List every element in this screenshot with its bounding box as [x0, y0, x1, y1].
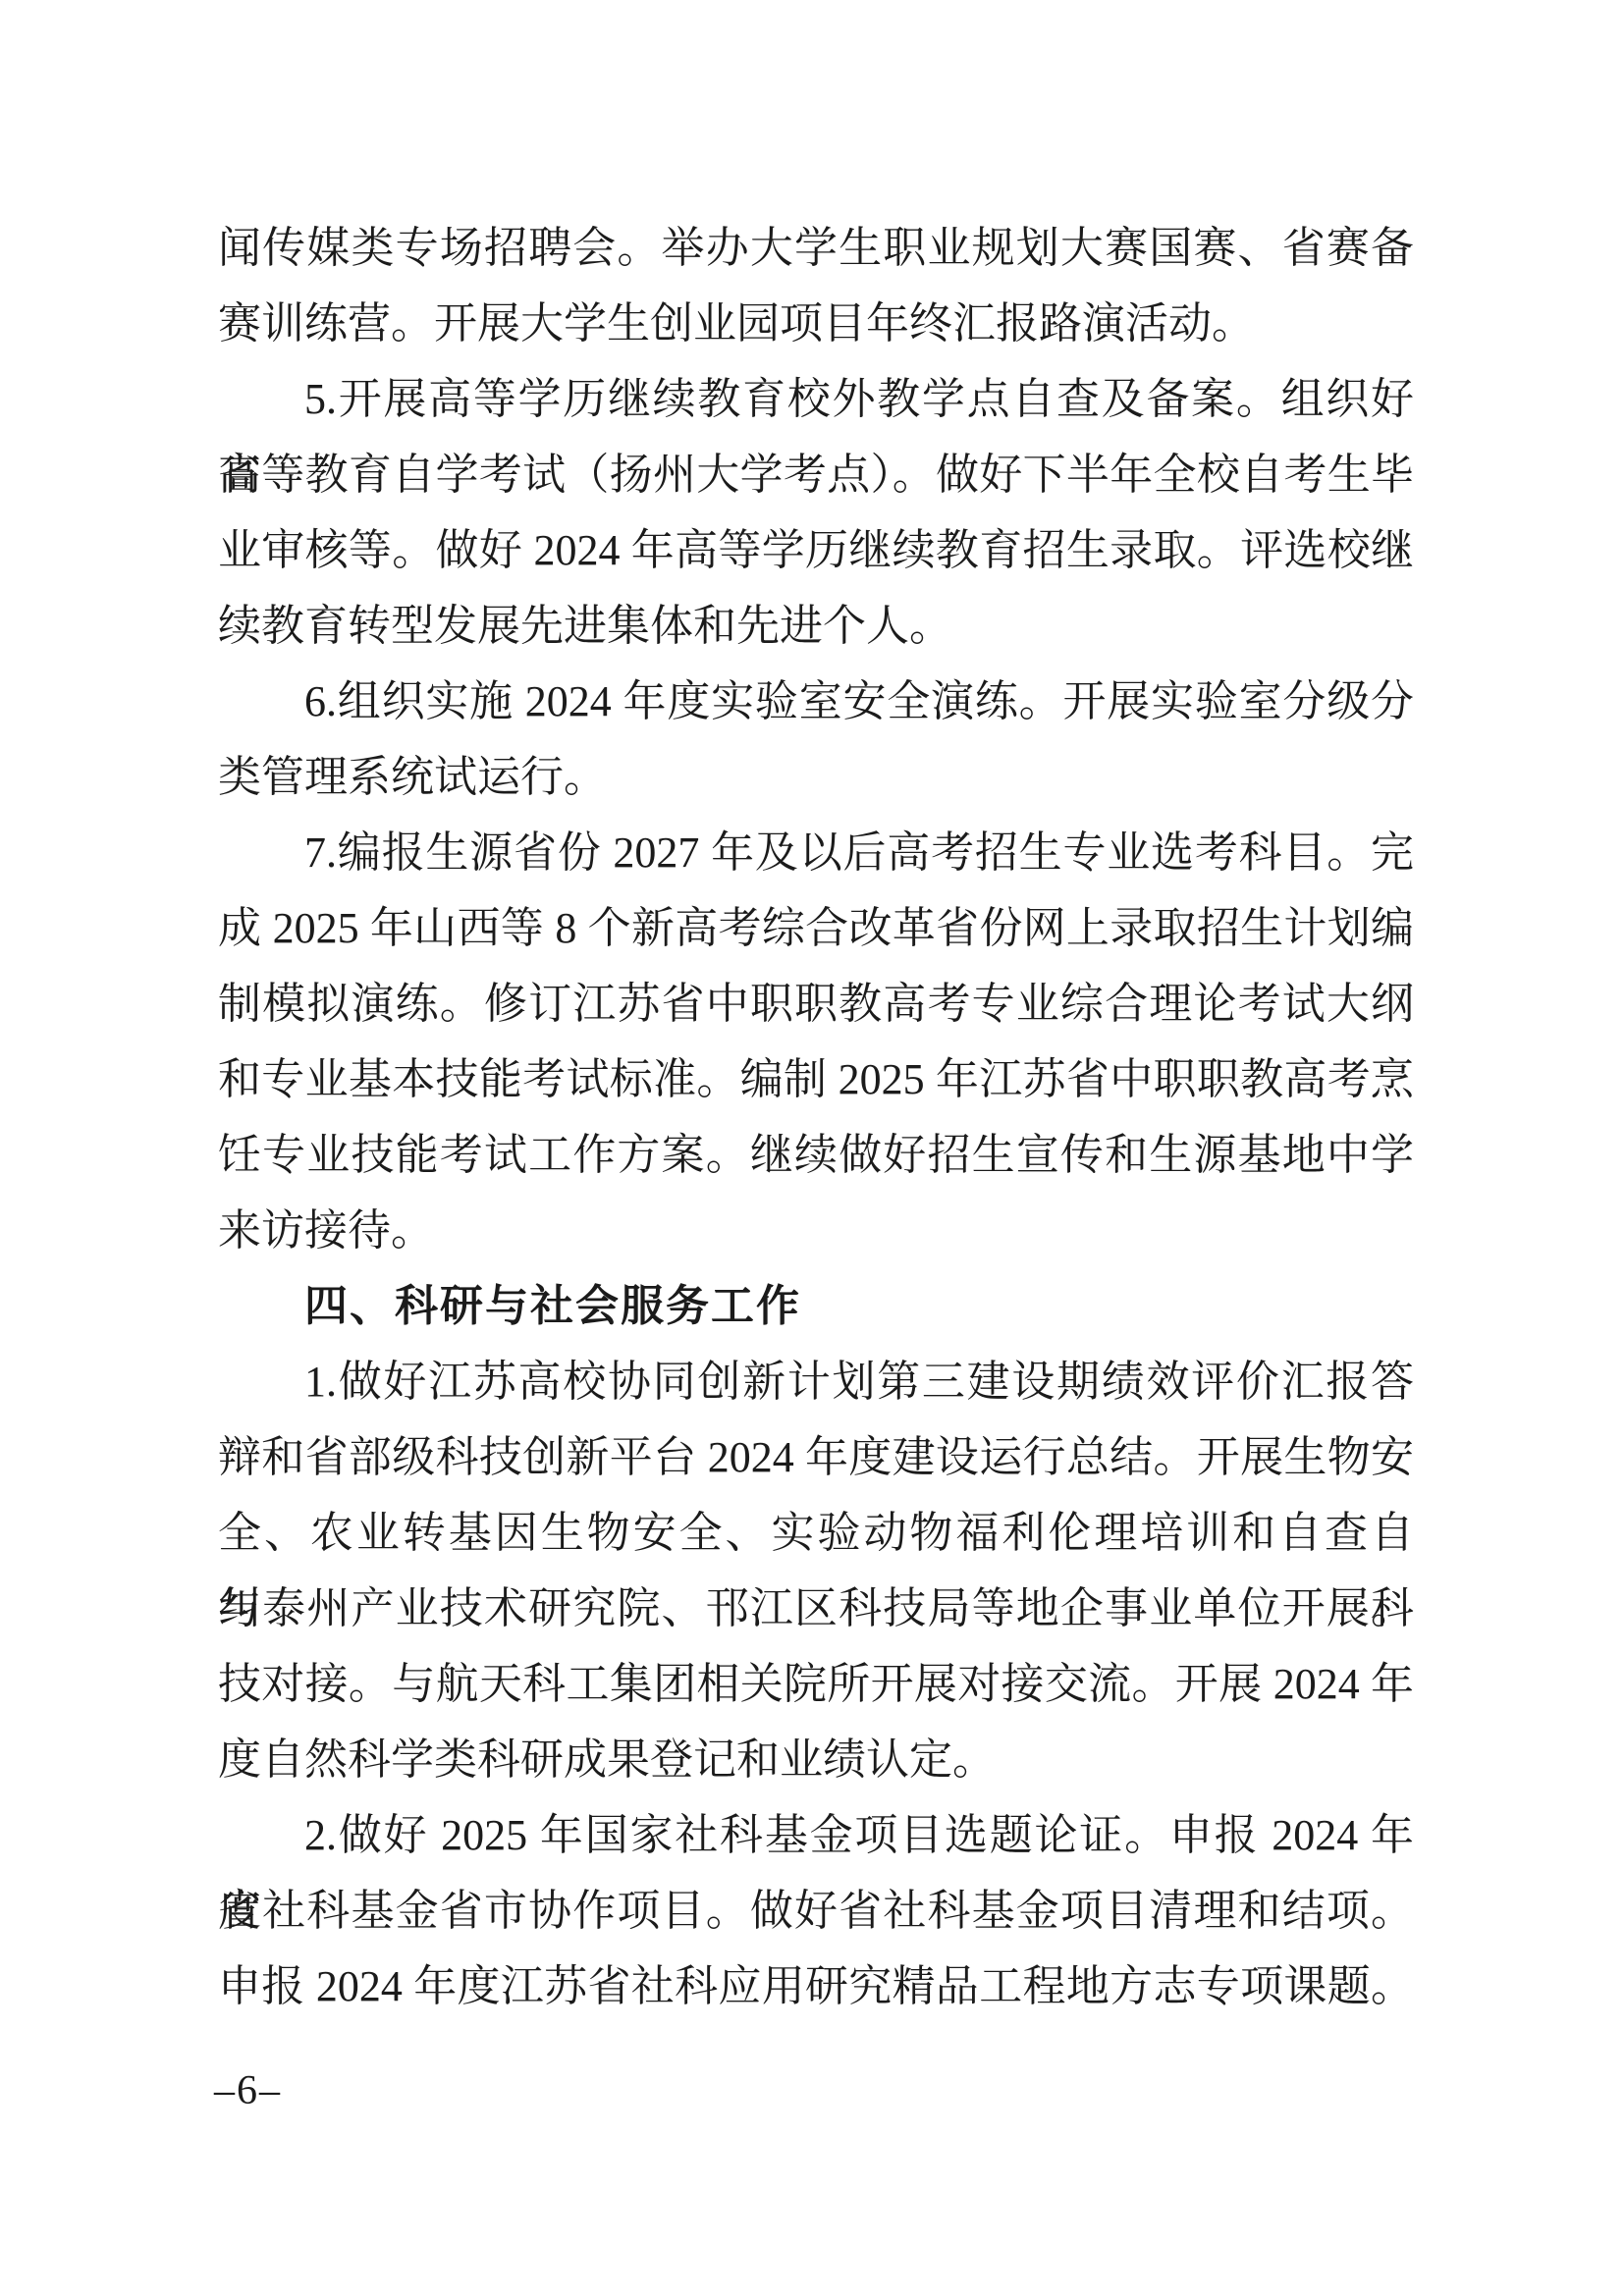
text-line: 全、农业转基因生物安全、实验动物福利伦理培训和自查自纠。 [218, 1495, 1414, 1571]
text-line: 度自然科学类科研成果登记和业绩认定。 [218, 1722, 1414, 1797]
text-block: 闻传媒类专场招聘会。举办大学生职业规划大赛国赛、省赛备 赛训练营。开展大学生创业… [218, 210, 1414, 2024]
text-line: 1.做好江苏高校协同创新计划第三建设期绩效评价汇报答 [218, 1344, 1414, 1419]
text-line: 2.做好 2025 年国家社科基金项目选题论证。申报 2024 年度 [218, 1797, 1414, 1873]
section-heading: 四、科研与社会服务工作 [218, 1268, 1414, 1344]
text-line: 申报 2024 年度江苏省社科应用研究精品工程地方志专项课题。 [218, 1949, 1414, 2024]
text-line: 来访接待。 [218, 1193, 1414, 1268]
text-line: 赛训练营。开展大学生创业园项目年终汇报路演活动。 [218, 286, 1414, 361]
text-line: 续教育转型发展先进集体和先进个人。 [218, 588, 1414, 664]
text-line: 和专业基本技能考试标准。编制 2025 年江苏省中职职教高考烹 [218, 1041, 1414, 1117]
text-line: 饪专业技能考试工作方案。继续做好招生宣传和生源基地中学 [218, 1117, 1414, 1193]
text-line: 辩和省部级科技创新平台 2024 年度建设运行总结。开展生物安 [218, 1419, 1414, 1495]
text-line: 制模拟演练。修订江苏省中职职教高考专业综合理论考试大纲 [218, 966, 1414, 1041]
text-line: 高等教育自学考试（扬州大学考点）。做好下半年全校自考生毕 [218, 437, 1414, 512]
text-line: 业审核等。做好 2024 年高等学历继续教育招生录取。评选校继 [218, 512, 1414, 588]
text-line: 成 2025 年山西等 8 个新高考综合改革省份网上录取招生计划编 [218, 890, 1414, 966]
text-line: 闻传媒类专场招聘会。举办大学生职业规划大赛国赛、省赛备 [218, 210, 1414, 286]
text-line: 技对接。与航天科工集团相关院所开展对接交流。开展 2024 年 [218, 1646, 1414, 1722]
document-page: 闻传媒类专场招聘会。举办大学生职业规划大赛国赛、省赛备 赛训练营。开展大学生创业… [0, 0, 1624, 2296]
text-line: 5.开展高等学历继续教育校外教学点自查及备案。组织好省 [218, 361, 1414, 437]
text-line: 7.编报生源省份 2027 年及以后高考招生专业选考科目。完 [218, 815, 1414, 890]
text-line: 类管理系统试运行。 [218, 739, 1414, 815]
text-line: 6.组织实施 2024 年度实验室安全演练。开展实验室分级分 [218, 664, 1414, 739]
text-line: 与泰州产业技术研究院、邗江区科技局等地企事业单位开展科 [218, 1571, 1414, 1646]
page-number: –6– [214, 2064, 282, 2117]
text-line: 省社科基金省市协作项目。做好省社科基金项目清理和结项。 [218, 1873, 1414, 1949]
